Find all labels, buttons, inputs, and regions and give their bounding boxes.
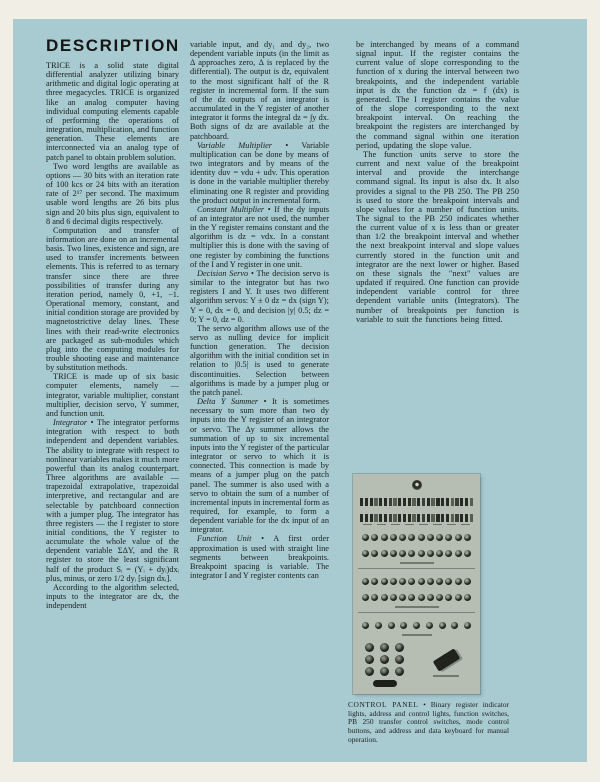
toggle-switch: [399, 534, 406, 541]
toggle-switch: [445, 550, 452, 557]
toggle-switch: [371, 578, 378, 585]
paragraph: Function Unit • A first order approximat…: [190, 534, 329, 580]
indicator-light: [389, 514, 392, 522]
toggle-switch: [451, 622, 458, 629]
toggle-switch: [464, 622, 471, 629]
indicator-light: [441, 498, 444, 506]
figure-caption-bullet: •: [423, 700, 426, 709]
toggle-switch: [381, 534, 388, 541]
text-column-2: variable input, and dy₁ and dy₂, two dep…: [190, 40, 329, 754]
toggle-switch: [400, 622, 407, 629]
indicator-light: [412, 498, 415, 506]
indicator-light: [365, 498, 368, 506]
indicator-light: [431, 514, 434, 522]
toggle-switch: [390, 594, 397, 601]
toggle-switch: [464, 550, 471, 557]
paragraph: variable input, and dy₁ and dy₂, two dep…: [190, 40, 329, 141]
toggle-switch: [399, 578, 406, 585]
indicator-light: [422, 498, 425, 506]
toggle-switch: [455, 578, 462, 585]
page-title: DESCRIPTION: [46, 36, 180, 56]
panel-microtext: [405, 524, 414, 525]
indicator-light: [408, 498, 411, 506]
pb250-transfer-control-switches: [362, 578, 471, 585]
indicator-light: [360, 514, 363, 522]
toggle-switch: [418, 550, 425, 557]
toggle-switch: [375, 622, 382, 629]
panel-microtext: [447, 524, 456, 525]
panel-emblem: [412, 480, 422, 490]
paragraph: Two word lengths are available as option…: [46, 162, 179, 226]
indicator-light: [436, 498, 439, 506]
panel-section-label: [402, 634, 432, 636]
paragraph: Decision Servo • The decision servo is s…: [190, 269, 329, 324]
keypad-button: [395, 667, 404, 676]
indicator-light: [427, 514, 430, 522]
toggle-switch: [418, 578, 425, 585]
function-switches: [362, 550, 471, 557]
binary-register-indicator-lights: [360, 498, 473, 506]
toggle-switch: [390, 534, 397, 541]
keypad-button: [395, 643, 404, 652]
toggle-switch: [426, 622, 433, 629]
indicator-light: [451, 514, 454, 522]
panel-bottom-section: [365, 643, 468, 687]
toggle-switch: [436, 534, 443, 541]
toggle-switch: [464, 534, 471, 541]
indicator-light: [460, 514, 463, 522]
figure-caption: CONTROL PANEL • Binary register indicato…: [348, 701, 509, 745]
toggle-switch: [445, 578, 452, 585]
indicator-light: [379, 514, 382, 522]
toggle-switch: [381, 550, 388, 557]
keypad-button: [365, 643, 374, 652]
keypad-button: [365, 655, 374, 664]
panel-tick-labels: [363, 524, 470, 525]
indicator-light: [393, 498, 396, 506]
indicator-light: [384, 498, 387, 506]
toggle-switch: [371, 594, 378, 601]
toggle-switch: [408, 534, 415, 541]
indicator-light: [403, 498, 406, 506]
toggle-switch: [371, 550, 378, 557]
indicator-light: [374, 514, 377, 522]
address-data-keyboard: [365, 643, 404, 687]
toggle-switch: [408, 578, 415, 585]
indicator-light: [412, 514, 415, 522]
toggle-switch: [455, 594, 462, 601]
toggle-switch: [390, 550, 397, 557]
indicator-light: [460, 498, 463, 506]
indicator-light: [422, 514, 425, 522]
toggle-switch: [427, 578, 434, 585]
indicator-light: [417, 514, 420, 522]
keypad-button: [365, 667, 374, 676]
toggle-switch: [436, 594, 443, 601]
toggle-switch: [455, 550, 462, 557]
keypad-bar-button: [373, 680, 397, 687]
panel-microtext: [433, 524, 442, 525]
indicator-light: [384, 514, 387, 522]
indicator-light: [470, 514, 473, 522]
control-panel-photo: [353, 474, 480, 694]
toggle-switch: [464, 578, 471, 585]
toggle-switch: [418, 594, 425, 601]
indicator-light: [389, 498, 392, 506]
mode-control-switches: [362, 622, 471, 629]
toggle-switch: [388, 622, 395, 629]
paragraph: Delta Y Summer • It is sometimes necessa…: [190, 397, 329, 534]
paragraph-lead: Delta Y Summer: [197, 397, 258, 406]
toggle-switch: [362, 550, 369, 557]
toggle-switch: [427, 594, 434, 601]
address-and-control-lights: [360, 514, 473, 522]
text-column-1: TRICE is a solid state digital different…: [46, 61, 179, 753]
toggle-switch: [399, 594, 406, 601]
panel-section-label: [400, 562, 434, 564]
indicator-light: [417, 498, 420, 506]
indicator-light: [441, 514, 444, 522]
paragraph: Variable Multiplier • Variable multiplic…: [190, 141, 329, 205]
paragraph: TRICE is a solid state digital different…: [46, 61, 179, 162]
toggle-switch: [390, 578, 397, 585]
toggle-switch: [408, 594, 415, 601]
toggle-switch: [413, 622, 420, 629]
toggle-switch: [427, 534, 434, 541]
indicator-light: [370, 514, 373, 522]
indicator-light: [370, 498, 373, 506]
paragraph-lead: Decision Servo: [197, 269, 248, 278]
paragraph: Computation and transfer of information …: [46, 226, 179, 373]
paragraph-lead: Constant Multiplier: [197, 205, 264, 214]
paragraph-lead: Function Unit: [197, 534, 251, 543]
indicator-light: [465, 498, 468, 506]
toggle-switch: [445, 534, 452, 541]
document-sheet: DESCRIPTION TRICE is a solid state digit…: [13, 19, 587, 762]
panel-divider: [358, 612, 475, 613]
toggle-switch: [381, 594, 388, 601]
toggle-switch: [362, 594, 369, 601]
indicator-light: [455, 514, 458, 522]
control-knob: [432, 648, 460, 671]
toggle-switch: [399, 550, 406, 557]
panel-microtext: [419, 524, 428, 525]
indicator-light: [393, 514, 396, 522]
indicator-light: [436, 514, 439, 522]
indicator-light: [398, 514, 401, 522]
page-background: { "page": { "heading": "DESCRIPTION", "l…: [0, 0, 600, 782]
indicator-light: [431, 498, 434, 506]
toggle-switch: [464, 594, 471, 601]
indicator-light: [427, 498, 430, 506]
indicator-light: [446, 514, 449, 522]
panel-divider: [358, 568, 475, 569]
pb250-transfer-control-switches: [362, 594, 471, 601]
panel-microtext: [363, 524, 372, 525]
toggle-switch: [436, 550, 443, 557]
indicator-light: [455, 498, 458, 506]
keypad-button: [380, 655, 389, 664]
paragraph: The servo algorithm allows use of the se…: [190, 324, 329, 397]
figure-caption-title: CONTROL PANEL: [348, 700, 418, 709]
indicator-light: [360, 498, 363, 506]
toggle-switch: [408, 550, 415, 557]
keypad-button: [380, 643, 389, 652]
text-column-3: be interchanged by means of a command si…: [356, 40, 519, 470]
panel-microtext: [461, 524, 470, 525]
control-knob-area: [428, 659, 464, 677]
paragraph: Integrator • The integrator performs int…: [46, 418, 179, 583]
paragraph: TRICE is made up of six basic computer e…: [46, 372, 179, 418]
toggle-switch: [371, 534, 378, 541]
keypad-button: [380, 667, 389, 676]
indicator-light: [403, 514, 406, 522]
indicator-light: [446, 498, 449, 506]
toggle-switch: [362, 622, 369, 629]
panel-section-label: [395, 606, 439, 608]
paragraph-lead: Integrator: [53, 418, 87, 427]
indicator-light: [451, 498, 454, 506]
panel-microtext: [391, 524, 400, 525]
paragraph: be interchanged by means of a command si…: [356, 40, 519, 150]
toggle-switch: [455, 534, 462, 541]
toggle-switch: [362, 534, 369, 541]
function-switches: [362, 534, 471, 541]
indicator-light: [379, 498, 382, 506]
toggle-switch: [362, 578, 369, 585]
toggle-switch: [381, 578, 388, 585]
indicator-light: [398, 498, 401, 506]
indicator-light: [374, 498, 377, 506]
indicator-light: [470, 498, 473, 506]
panel-microtext: [377, 524, 386, 525]
paragraph: According to the algorithm selected, inp…: [46, 583, 179, 610]
toggle-switch: [427, 550, 434, 557]
paragraph-lead: Variable Multiplier: [197, 141, 272, 150]
panel-microtext: [433, 675, 459, 677]
paragraph: The function units serve to store the cu…: [356, 150, 519, 324]
toggle-switch: [436, 578, 443, 585]
paragraph: Constant Multiplier • If the dy inputs o…: [190, 205, 329, 269]
keypad-button: [395, 655, 404, 664]
indicator-light: [465, 514, 468, 522]
toggle-switch: [445, 594, 452, 601]
toggle-switch: [439, 622, 446, 629]
indicator-light: [365, 514, 368, 522]
toggle-switch: [418, 534, 425, 541]
indicator-light: [408, 514, 411, 522]
